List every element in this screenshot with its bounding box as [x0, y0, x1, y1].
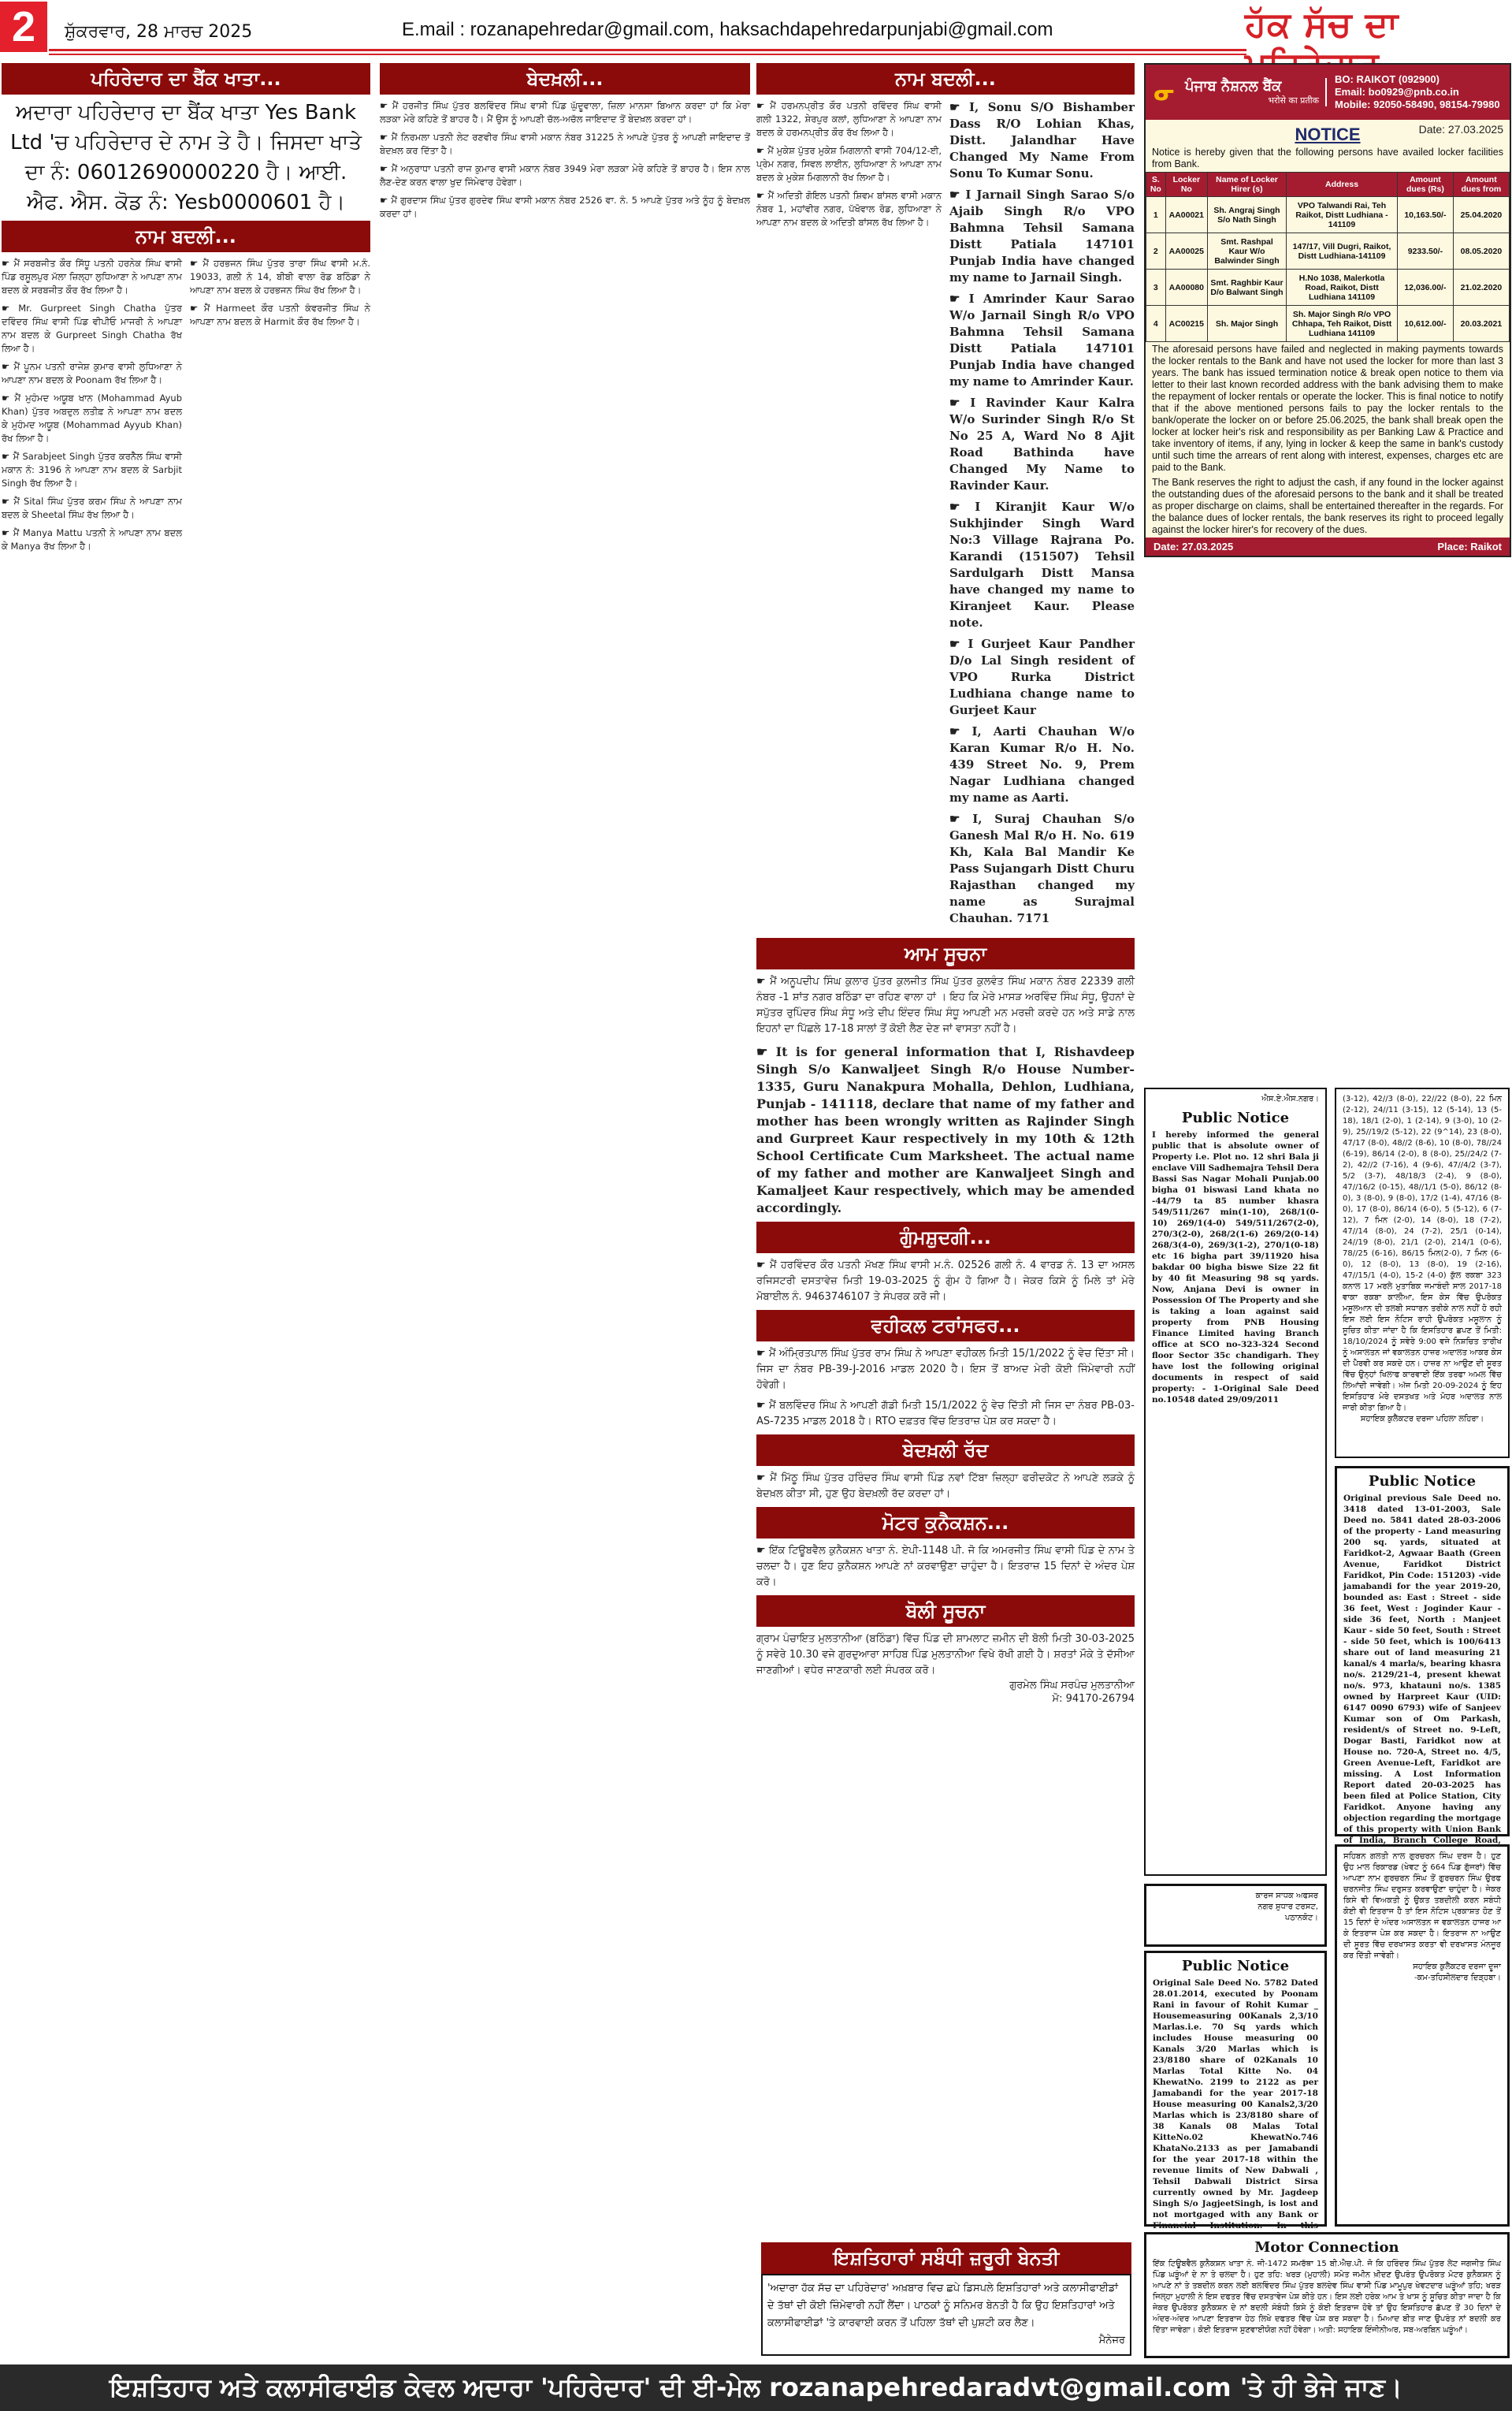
pnb-intro: Notice is hereby given that the followin… — [1146, 145, 1510, 172]
header-rule — [49, 49, 1246, 55]
center-block: ਬੇਦਖ਼ਲੀ... ਮੈਂ ਹਰਜੀਤ ਸਿੰਘ ਪੁੱਤਰ ਬਲਵਿੰਦਰ … — [380, 63, 750, 225]
cell: 1 — [1146, 197, 1166, 233]
left-block: ਪਹਿਰੇਦਾਰ ਦਾ ਬੈਂਕ ਖਾਤਾ... ਅਦਾਰਾ ਪਹਿਰੇਦਾਰ … — [2, 63, 370, 558]
appeal-title: ਇਸ਼ਤਿਹਾਰਾਂ ਸਬੰਧੀ ਜ਼ਰੂਰੀ ਬੇਨਤੀ — [761, 2242, 1131, 2274]
pnb-logo-icon: ᓂ — [1154, 80, 1185, 106]
court-notice-signature: -ਕਮ-ਤਹਿਸੀਲਦਾਰ ਦਿੜ੍ਹਬਾ। — [1343, 1973, 1501, 1984]
appeal-text: 'ਅਦਾਰਾ ਹੱਕ ਸੱਚ ਦਾ ਪਹਿਰੇਦਾਰ' ਅਖ਼ਬਾਰ ਵਿਚ ਛ… — [767, 2280, 1125, 2332]
court-notice-signature: ਸਹਾਇਕ ਕੁਲੈਕਟਰ ਦਰਜਾ ਦੂਜਾ — [1343, 1962, 1501, 1973]
gumshudgi-title: ਗੁੰਮਸ਼ੁਦਗੀ... — [756, 1222, 1135, 1253]
trust-signature: ਨਗਰ ਸੁਧਾਰ ਟਰਸਟ, — [1153, 1902, 1318, 1913]
pnb-mobile: Mobile: 92050-58490, 98154-79980 — [1335, 99, 1500, 111]
rishavdeep-notice: It is for general information that I, Ri… — [756, 1044, 1135, 1217]
name-change-title: ਨਾਮ ਬਦਲੀ... — [2, 221, 370, 252]
cell: AA00021 — [1165, 197, 1207, 233]
bedakhli-radd-text: ਮੈਂ ਮਿੱਠੂ ਸਿੰਘ ਪੁੱਤਰ ਹਰਿੰਦਰ ਸਿੰਘ ਵਾਸੀ ਪਿ… — [756, 1471, 1135, 1502]
name-change-title-2: ਨਾਮ ਬਦਲੀ... — [756, 63, 1135, 95]
cell: 4 — [1146, 306, 1166, 342]
public-notice-3: Public Notice Original Sale Deed No. 578… — [1144, 1951, 1327, 2227]
vehicle-transfer-title: ਵਹੀਕਲ ਟਰਾਂਸਫਰ... — [756, 1310, 1135, 1341]
pnb-notice-heading: NOTICE Date: 27.03.2025 — [1146, 120, 1510, 145]
court-notice-text: ਸਹਿਬਨ ਗਲਤੀ ਨਾਲ ਗੁਰਚਰਨ ਸਿੰਘ ਦਰਜ ਹੈ। ਹੁਣ ਉ… — [1343, 1851, 1501, 1962]
pnb-branch: BO: RAIKOT (092900) — [1335, 73, 1500, 86]
pnb-footer-place: Place: Raikot — [1437, 541, 1502, 553]
cell: 25.04.2020 — [1453, 197, 1509, 233]
name-change-col-c: ਮੈਂ ਹਰਮਨਪ੍ਰੀਤ ਕੌਰ ਪਤਨੀ ਰਵਿੰਦਰ ਸਿੰਘ ਵਾਸੀ … — [756, 99, 942, 932]
name-change-col-b: ਮੈਂ ਹਰਭਜਨ ਸਿੰਘ ਪੁੱਤਰ ਤਾਰਾ ਸਿੰਘ ਵਾਸੀ ਮ.ਨੰ… — [190, 257, 370, 558]
aam-suchna-text: ਮੈਂ ਅਨੂਪਦੀਪ ਸਿੰਘ ਕੁਲਾਰ ਪੁੱਤਰ ਕੁਲਜੀਤ ਸਿੰਘ… — [756, 974, 1135, 1037]
cell: Smt. Raghbir Kaur D/o Balwant Singh — [1208, 270, 1287, 306]
list-item: ਮੈਂ ਅਨੁਰਾਧਾ ਪਤਨੀ ਰਾਜ ਕੁਮਾਰ ਵਾਸੀ ਮਕਾਨ ਨੰਬ… — [380, 162, 750, 189]
page-header: 2 ਸ਼ੁੱਕਰਵਾਰ, 28 ਮਾਰਚ 2025 E.mail : rozan… — [0, 0, 1512, 55]
list-item: I Jarnail Singh Sarao S/o Ajaib Singh R/… — [949, 187, 1135, 286]
cell: Sh. Angraj Singh S/o Nath Singh — [1208, 197, 1287, 233]
table-row: 2AA00025Smt. Rashpal Kaur W/o Balwinder … — [1146, 233, 1510, 270]
cell: AC00215 — [1165, 306, 1207, 342]
col-header: Name of Locker Hirer (s) — [1208, 173, 1287, 197]
gumshudgi-text: ਮੈਂ ਹਰਵਿੰਦਰ ਕੌਰ ਪਤਨੀ ਮੱਖਣ ਸਿੰਘ ਵਾਸੀ ਮ.ਨੰ… — [756, 1258, 1135, 1305]
cell: AA00025 — [1165, 233, 1207, 270]
cell: 2 — [1146, 233, 1166, 270]
public-notice-1: ਐਸ.ਏ.ਐਸ.ਨਗਰ। Public Notice I hereby info… — [1144, 1088, 1327, 1876]
list-item: ਮੈਂ ਮੁਕੇਸ਼ ਪੁੱਤਰ ਮੁਕੇਸ਼ ਮਿਗਲਾਨੀ ਵਾਸੀ 704… — [756, 144, 942, 184]
list-item: ਮੈਂ ਗੁਰਦਾਸ ਸਿੰਘ ਪੁੱਤਰ ਗੁਰਦੇਵ ਸਿੰਘ ਵਾਸੀ ਮ… — [380, 194, 750, 221]
pnb-body-1: The aforesaid persons have failed and ne… — [1146, 342, 1510, 475]
name-change-col-english: I, Sonu S/O Bishamber Dass R/O Lohian Kh… — [949, 99, 1135, 932]
right-center-block: ਨਾਮ ਬਦਲੀ... ਮੈਂ ਹਰਮਨਪ੍ਰੀਤ ਕੌਰ ਪਤਨੀ ਰਵਿੰਦ… — [756, 63, 1135, 1706]
list-item: I Amrinder Kaur Sarao W/o Jarnail Singh … — [949, 291, 1135, 390]
list-item: ਮੈਂ ਨਿਰਮਲਾ ਪਤਨੀ ਲੇਟ ਰਣਵੀਰ ਸਿੰਘ ਵਾਸੀ ਮਕਾਨ… — [380, 131, 750, 158]
list-item: ਮੈਂ ਸਰਬਜੀਤ ਕੌਰ ਸਿੱਧੂ ਪਤਨੀ ਹਰਨੇਕ ਸਿੰਘ ਵਾਸ… — [2, 257, 182, 297]
motor-connection-text: ਇੱਕ ਟਿਊਬਵੈਲ ਕੁਨੈਕਸ਼ਨ ਖਾਤਾ ਨੰ. ਏਪੀ-1148 ਪ… — [756, 1543, 1135, 1591]
pnb-locker-notice: ᓂ ਪੰਜਾਬ ਨੈਸ਼ਨਲ ਬੈਂਕ भरोसे का प्रतीक BO: … — [1144, 63, 1511, 557]
cell: VPO Talwandi Rai, Teh Raikot, Distt Ludh… — [1287, 197, 1398, 233]
list-item: ਮੈਂ ਹਰਜੀਤ ਸਿੰਘ ਪੁੱਤਰ ਬਲਵਿੰਦਰ ਸਿੰਘ ਵਾਸੀ ਪ… — [380, 99, 750, 126]
list-item: ਮੈਂ ਮੁਹੰਮਦ ਅਯੂਬ ਖਾਨ (Mohammad Ayub Khan)… — [2, 392, 182, 445]
motor-connection-box-text: ਇੱਕ ਟਿਊਬਵੈਲ ਕੁਨੈਕਸ਼ਨ ਖਾਤਾ ਨੰ. ਜੀ-1472 ਸਮ… — [1153, 2259, 1501, 2336]
bedakhli-radd-title: ਬੇਦਖ਼ਲੀ ਰੱਦ — [756, 1434, 1135, 1466]
cell: 10,163.50/- — [1398, 197, 1454, 233]
court-notice-2: ਸਹਿਬਨ ਗਲਤੀ ਨਾਲ ਗੁਰਚਰਨ ਸਿੰਘ ਦਰਜ ਹੈ। ਹੁਣ ਉ… — [1335, 1844, 1510, 2227]
cell: 20.03.2021 — [1453, 306, 1509, 342]
mohali-signature: ਐਸ.ਏ.ਐਸ.ਨਗਰ। — [1152, 1094, 1319, 1105]
cell: 9233.50/- — [1398, 233, 1454, 270]
appeal-box: ਇਸ਼ਤਿਹਾਰਾਂ ਸਬੰਧੀ ਜ਼ਰੂਰੀ ਬੇਨਤੀ 'ਅਦਾਰਾ ਹੱਕ… — [761, 2242, 1131, 2356]
list-item: I, Sonu S/O Bishamber Dass R/O Lohian Kh… — [949, 99, 1135, 182]
cell: AA00080 — [1165, 270, 1207, 306]
public-notice-title: Public Notice — [1152, 1110, 1319, 1126]
aam-suchna-title: ਆਮ ਸੂਚਨਾ — [756, 938, 1135, 969]
list-item: I Gurjeet Kaur Pandher D/o Lal Singh res… — [949, 636, 1135, 719]
list-item: ਮੈਂ ਅਦਿਤੀ ਗੋਇਲ ਪਤਨੀ ਸ਼ਿਵਮ ਬਾਂਸਲ ਵਾਸੀ ਮਕਾ… — [756, 189, 942, 229]
bedakhli-list: ਮੈਂ ਹਰਜੀਤ ਸਿੰਘ ਪੁੱਤਰ ਬਲਵਿੰਦਰ ਸਿੰਘ ਵਾਸੀ ਪ… — [380, 99, 750, 221]
pnb-tagline: भरोसे का प्रतीक — [1185, 95, 1319, 106]
public-notice-text: Original previous Sale Deed no. 3418 dat… — [1343, 1493, 1501, 1901]
cell: 10,612.00/- — [1398, 306, 1454, 342]
table-row: 3AA00080Smt. Raghbir Kaur D/o Balwant Si… — [1146, 270, 1510, 306]
list-item: I Ravinder Kaur Kalra W/o Surinder Singh… — [949, 395, 1135, 494]
boli-suchna-text: ਗ੍ਰਾਮ ਪੰਚਾਇਤ ਮੁਲਤਾਨੀਆ (ਬਠਿੰਡਾ) ਵਿੱਚ ਪਿੰਡ… — [756, 1632, 1135, 1679]
col-header: Amount dues from — [1453, 173, 1509, 197]
public-notice-2: Public Notice Original previous Sale Dee… — [1335, 1466, 1510, 1836]
public-notice-title: Public Notice — [1343, 1473, 1501, 1490]
list-item: I, Aarti Chauhan W/o Karan Kumar R/o H. … — [949, 724, 1135, 806]
public-notice-text: I hereby informed the general public tha… — [1152, 1129, 1319, 1405]
list-item: Mr. Gurpreet Singh Chatha ਪੁੱਤਰ ਦਵਿੰਦਰ ਸ… — [2, 302, 182, 355]
public-notice-title: Public Notice — [1153, 1958, 1318, 1974]
list-item: ਮੈਂ ਹਰਭਜਨ ਸਿੰਘ ਪੁੱਤਰ ਤਾਰਾ ਸਿੰਘ ਵਾਸੀ ਮ.ਨੰ… — [190, 257, 370, 297]
list-item: ਮੈਂ Sarabjeet Singh ਪੁੱਤਰ ਕਰਨੈਲ ਸਿੰਘ ਵਾਸ… — [2, 450, 182, 490]
issue-date: ਸ਼ੁੱਕਰਵਾਰ, 28 ਮਾਰਚ 2025 — [65, 22, 252, 42]
cell: 12,036.00/- — [1398, 270, 1454, 306]
col-header: Locker No — [1165, 173, 1207, 197]
pnb-notice-title: NOTICE — [1295, 125, 1360, 144]
header-email[interactable]: E.mail : rozanapehredar@gmail.com, haksa… — [402, 19, 1053, 41]
trust-signature: ਕਾਰਜ ਸਾਧਕ ਅਫਸਰ — [1153, 1891, 1318, 1902]
cell: 147/17, Vill Dugri, Raikot, Distt Ludhia… — [1287, 233, 1398, 270]
pnb-footer-date: Date: 27.03.2025 — [1154, 541, 1233, 553]
table-row: 4AC00215Sh. Major SinghSh. Major Singh R… — [1146, 306, 1510, 342]
bank-account-title: ਪਹਿਰੇਦਾਰ ਦਾ ਬੈਂਕ ਖਾਤਾ... — [2, 63, 370, 95]
bank-account-text: ਅਦਾਰਾ ਪਹਿਰੇਦਾਰ ਦਾ ਬੈਂਕ ਖਾਤਾ Yes Bank Ltd… — [2, 95, 370, 221]
list-item: ਮੈਂ ਬਲਵਿੰਦਰ ਸਿੰਘ ਨੇ ਆਪਣੀ ਗੱਡੀ ਮਿਤੀ 15/1/… — [756, 1398, 1135, 1430]
cell: 21.02.2020 — [1453, 270, 1509, 306]
pnb-email: Email: bo0929@pnb.co.in — [1335, 86, 1500, 99]
pnb-date: Date: 27.03.2025 — [1419, 123, 1503, 136]
footer-banner: ਇਸ਼ਤਿਹਾਰ ਅਤੇ ਕਲਾਸੀਫਾਈਡ ਕੇਵਲ ਅਦਾਰਾ 'ਪਹਿਰੇ… — [0, 2364, 1512, 2411]
cell: Sh. Major Singh — [1208, 306, 1287, 342]
trust-signature: ਪਠਾਨਕੋਟ। — [1153, 1913, 1318, 1924]
col-header: S. No — [1146, 173, 1166, 197]
cell: Smt. Rashpal Kaur W/o Balwinder Singh — [1208, 233, 1287, 270]
list-item: ਮੈਂ Harmeet ਕੌਰ ਪਤਨੀ ਕੰਵਰਜੀਤ ਸਿੰਘ ਨੇ ਆਪਣ… — [190, 302, 370, 329]
name-change-col-a: ਮੈਂ ਸਰਬਜੀਤ ਕੌਰ ਸਿੱਧੂ ਪਤਨੀ ਹਰਨੇਕ ਸਿੰਘ ਵਾਸ… — [2, 257, 182, 558]
motor-connection-box-title: Motor Connection — [1153, 2239, 1501, 2256]
trust-notice: ਕਾਰਜ ਸਾਧਕ ਅਫਸਰ ਨਗਰ ਸੁਧਾਰ ਟਰਸਟ, ਪਠਾਨਕੋਟ। — [1144, 1884, 1327, 1947]
list-item: ਮੈਂ Manya Mattu ਪਤਨੀ ਨੇ ਆਪਣਾ ਨਾਮ ਬਦਲ ਕੇ … — [2, 526, 182, 553]
boli-mobile: ਮੋ: 94170-26794 — [756, 1692, 1135, 1706]
pnb-locker-table: S. No Locker No Name of Locker Hirer (s)… — [1146, 172, 1510, 342]
table-row: 1AA00021Sh. Angraj Singh S/o Nath SinghV… — [1146, 197, 1510, 233]
list-item: ਮੈਂ ਪੂਨਮ ਪਤਨੀ ਰਾਜੇਸ਼ ਕੁਮਾਰ ਵਾਸੀ ਲੁਧਿਆਣਾ … — [2, 360, 182, 387]
court-notice-text: (3-12), 42//3 (8-0), 22//22 (8-0), 22 ਮਿ… — [1343, 1094, 1502, 1414]
appeal-body: 'ਅਦਾਰਾ ਹੱਕ ਸੱਚ ਦਾ ਪਹਿਰੇਦਾਰ' ਅਖ਼ਬਾਰ ਵਿਚ ਛ… — [761, 2274, 1131, 2356]
col-header: Amount dues (Rs) — [1398, 173, 1454, 197]
boli-suchna-title: ਬੋਲੀ ਸੂਚਨਾ — [756, 1595, 1135, 1627]
pnb-name-block: ਪੰਜਾਬ ਨੈਸ਼ਨਲ ਬੈਂਕ भरोसे का प्रतीक — [1185, 78, 1327, 106]
list-item: ਮੈਂ Sital ਸਿੰਘ ਪੁੱਤਰ ਕਰਮ ਸਿੰਘ ਨੇ ਆਪਣਾ ਨਾ… — [2, 495, 182, 522]
vehicle-transfer-list: ਮੈਂ ਅੰਮ੍ਰਿਤਪਾਲ ਸਿੰਘ ਪੁੱਤਰ ਰਾਮ ਸਿੰਘ ਨੇ ਆਪ… — [756, 1346, 1135, 1430]
pnb-footer: Date: 27.03.2025 Place: Raikot — [1146, 538, 1510, 556]
page-number: 2 — [0, 2, 47, 52]
list-item: ਮੈਂ ਹਰਮਨਪ੍ਰੀਤ ਕੌਰ ਪਤਨੀ ਰਵਿੰਦਰ ਸਿੰਘ ਵਾਸੀ … — [756, 99, 942, 140]
cell: Sh. Major Singh R/o VPO Chhapa, Teh Raik… — [1287, 306, 1398, 342]
list-item: I Kiranjit Kaur W/o Sukhjinder Singh War… — [949, 499, 1135, 631]
pnb-bank-name: ਪੰਜਾਬ ਨੈਸ਼ਨਲ ਬੈਂਕ — [1185, 78, 1281, 95]
boli-signatory: ਗੁਰਮੇਲ ਸਿੰਘ ਸਰਪੰਚ ਮੁਲਤਾਨੀਆ — [756, 1679, 1135, 1692]
pnb-body-2: The Bank reserves the right to adjust th… — [1146, 475, 1510, 538]
pnb-contact: BO: RAIKOT (092900) Email: bo0929@pnb.co… — [1327, 73, 1500, 111]
motor-connection-title: ਮੋਟਰ ਕੁਨੈਕਸ਼ਨ... — [756, 1507, 1135, 1539]
court-notice-signature: ਸਹਾਇਕ ਕੁਲੈਕਟਰ ਦਰਜਾ ਪਹਿਲਾ ਲਹਿਰਾ। — [1343, 1414, 1502, 1425]
list-item: ਮੈਂ ਅੰਮ੍ਰਿਤਪਾਲ ਸਿੰਘ ਪੁੱਤਰ ਰਾਮ ਸਿੰਘ ਨੇ ਆਪ… — [756, 1346, 1135, 1393]
pnb-header: ᓂ ਪੰਜਾਬ ਨੈਸ਼ਨਲ ਬੈਂਕ भरोसे का प्रतीक BO: … — [1146, 65, 1510, 120]
cell: 3 — [1146, 270, 1166, 306]
col-header: Address — [1287, 173, 1398, 197]
cell: H.No 1038, Malerkotla Road, Raikot, Dist… — [1287, 270, 1398, 306]
appeal-manager: ਮੈਨੇਜਰ — [767, 2332, 1125, 2350]
court-notice-khasra: (3-12), 42//3 (8-0), 22//22 (8-0), 22 ਮਿ… — [1335, 1088, 1510, 1458]
list-item: I, Suraj Chauhan S/o Ganesh Mal R/o H. N… — [949, 811, 1135, 927]
motor-connection-notice: Motor Connection ਇੱਕ ਟਿਊਬਵੈਲ ਕੁਨੈਕਸ਼ਨ ਖਾ… — [1144, 2232, 1510, 2358]
cell: 08.05.2020 — [1453, 233, 1509, 270]
bedakhli-title: ਬੇਦਖ਼ਲੀ... — [380, 63, 750, 95]
